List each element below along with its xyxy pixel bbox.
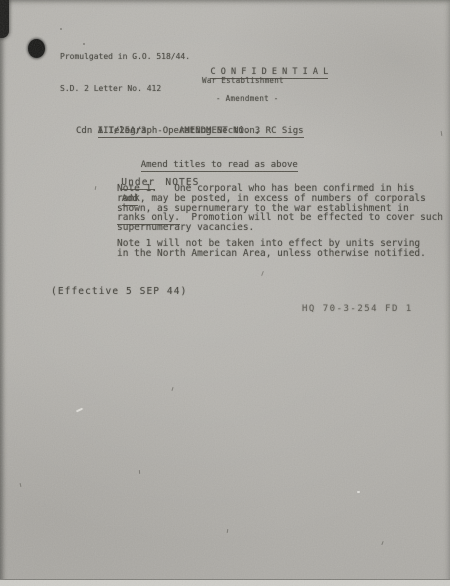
paper-speck (76, 408, 83, 413)
note1-application-paragraph: Note 1 will not be taken into effect by … (117, 239, 426, 259)
paper-speck (83, 43, 85, 45)
note1-paragraph: Note 1. One corporal who has been confir… (117, 184, 443, 233)
scan-corner-artifact (0, 0, 9, 38)
scanned-document-page: Promulgated in G.O. 518/44. S.D. 2 Lette… (0, 0, 450, 586)
paper-speck (171, 387, 173, 391)
paper-speck (227, 529, 229, 533)
paper-speck (139, 470, 140, 474)
application-line2: in the North American Area, unless other… (117, 249, 426, 259)
paper-speck (357, 491, 360, 493)
document-type-heading: War Establishment (202, 76, 284, 85)
paper-speck (20, 483, 22, 487)
hole-punch (28, 39, 45, 58)
note1-line5: supernumerary vacancies. (117, 223, 443, 233)
file-reference: HQ 70-3-254 FD 1 (302, 304, 413, 314)
effective-date: (Effective 5 SEP 44) (51, 286, 187, 297)
paper-speck (381, 541, 383, 545)
reference-line: Cdn III/25A/3 - AMENDMENT NO. 3 (76, 126, 260, 136)
paper-speck (60, 28, 62, 30)
paper-speck (441, 131, 443, 136)
promulgation-line2: S.D. 2 Letter No. 412 (60, 84, 190, 95)
paper-bottom-edge (0, 579, 450, 586)
promulgation-line1: Promulgated in G.O. 518/44. (60, 52, 190, 63)
promulgation-note: Promulgated in G.O. 518/44. S.D. 2 Lette… (60, 31, 190, 115)
paper-speck (261, 271, 264, 276)
amendment-subheading: - Amendment - (216, 94, 279, 103)
